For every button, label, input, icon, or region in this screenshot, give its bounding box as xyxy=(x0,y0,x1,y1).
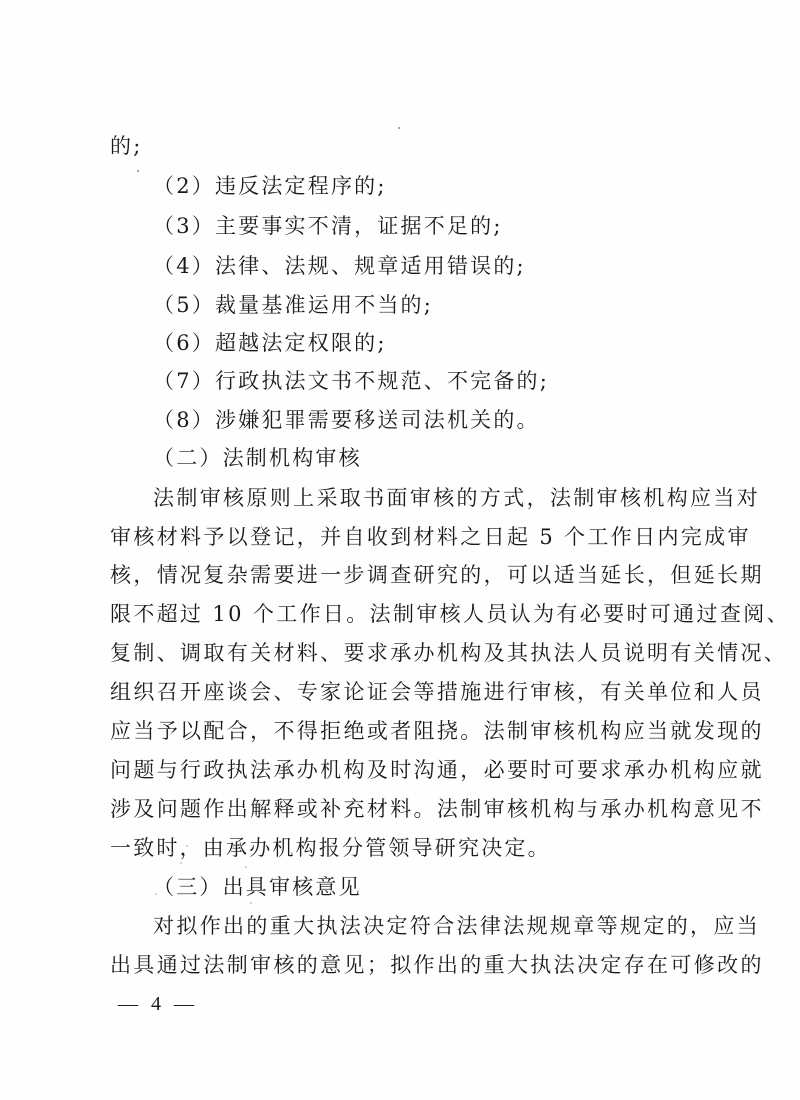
paragraph-line: 涉及问题作出解释或补充材料。法制审核机构与承办机构意见不 xyxy=(110,794,700,824)
scan-speck xyxy=(137,170,139,172)
list-item: （3）主要事实不清，证据不足的; xyxy=(153,211,743,241)
scan-speck xyxy=(180,862,182,864)
paragraph-line: 对拟作出的重大执法决定符合法律法规规章等规定的，应当 xyxy=(153,911,743,941)
list-item: （4）法律、法规、规章适用错误的; xyxy=(153,251,743,281)
scan-speck xyxy=(398,127,400,129)
paragraph-line: 一致时，由承办机构报分管领导研究决定。 xyxy=(110,833,700,863)
list-item: （8）涉嫌犯罪需要移送司法机关的。 xyxy=(153,405,743,435)
list-item: （7）行政执法文书不规范、不完备的; xyxy=(153,366,743,396)
paragraph-line: 复制、调取有关材料、要求承办机构及其执法人员说明有关情况、 xyxy=(110,638,700,668)
section-heading: （二）法制机构审核 xyxy=(153,443,743,473)
paragraph-line: 组织召开座谈会、专家论证会等措施进行审核，有关单位和人员 xyxy=(110,677,700,707)
paragraph-line: 法制审核原则上采取书面审核的方式，法制审核机构应当对 xyxy=(153,483,743,513)
paragraph-line: 出具通过法制审核的意见；拟作出的重大执法决定存在可修改的 xyxy=(110,950,700,980)
scan-speck xyxy=(155,893,157,895)
scan-speck xyxy=(245,866,247,868)
list-item: （2）违反法定程序的; xyxy=(153,171,743,201)
text-line: 的; xyxy=(110,131,700,161)
paragraph-line: 审核材料予以登记，并自收到材料之日起 5 个工作日内完成审 xyxy=(110,522,700,552)
scan-speck xyxy=(172,852,174,854)
paragraph-line: 限不超过 10 个工作日。法制审核人员认为有必要时可通过查阅、 xyxy=(110,599,700,629)
paragraph-line: 问题与行政执法承办机构及时沟通，必要时可要求承办机构应就 xyxy=(110,755,700,785)
paragraph-line: 核，情况复杂需要进一步调查研究的，可以适当延长，但延长期 xyxy=(110,560,700,590)
scan-speck xyxy=(250,902,252,904)
list-item: （5）裁量基准运用不当的; xyxy=(153,290,743,320)
scan-speck xyxy=(186,845,188,847)
document-page: 的; （2）违反法定程序的; （3）主要事实不清，证据不足的; （4）法律、法规… xyxy=(0,0,800,1100)
list-item: （6）超越法定权限的; xyxy=(153,328,743,358)
section-heading: （三）出具审核意见 xyxy=(153,872,743,902)
scan-speck xyxy=(232,845,234,847)
page-number: — 4 — xyxy=(118,990,198,1018)
scan-speck xyxy=(300,880,302,882)
paragraph-line: 应当予以配合，不得拒绝或者阻挠。法制审核机构应当就发现的 xyxy=(110,716,700,746)
